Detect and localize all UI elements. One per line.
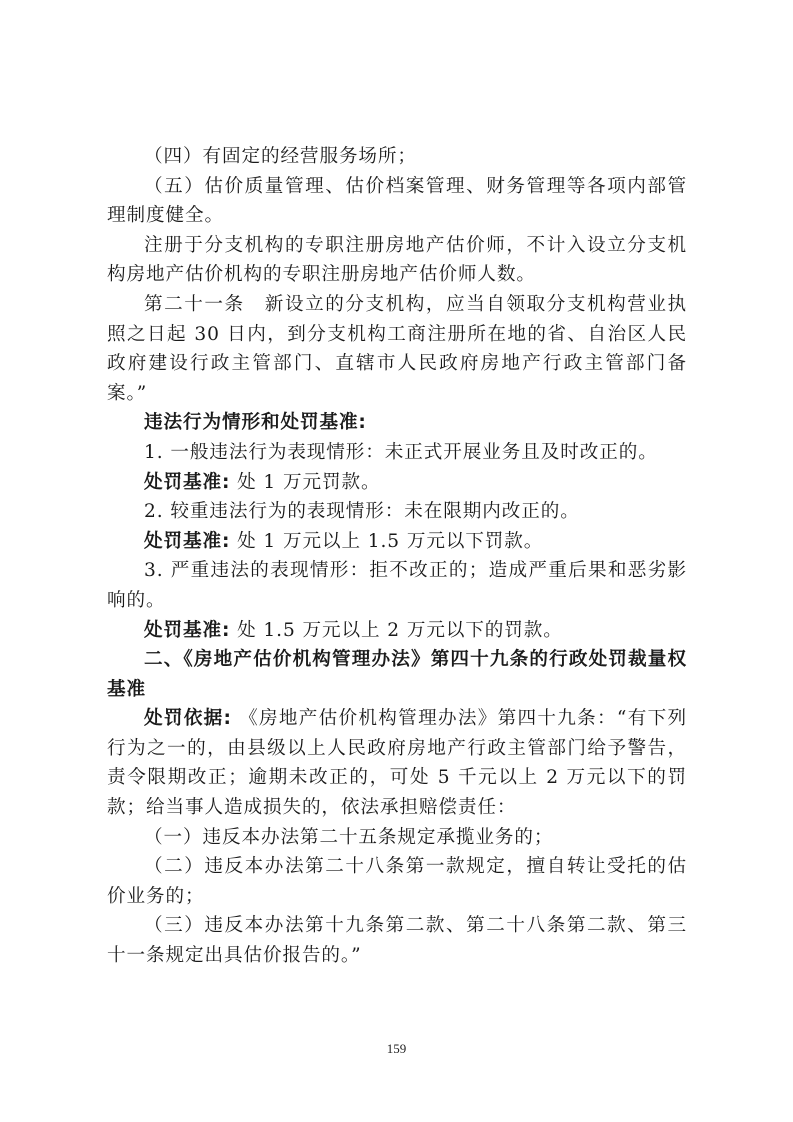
paragraph-serious-violation: 2. 较重违法行为的表现情形：未在限期内改正的。 <box>107 497 687 527</box>
basis-label: 处罚依据: <box>144 708 232 729</box>
paragraph-penalty-basis: 处罚依据: 《房地产估价机构管理办法》第四十九条：“有下列行为之一的，由县级以上… <box>107 704 687 822</box>
paragraph-penalty-2: 处罚基准: 处 1 万元以上 1.5 万元以下罚款。 <box>107 527 687 557</box>
penalty-text: 处 1 万元罚款。 <box>230 472 380 493</box>
paragraph-severe-violation: 3. 严重违法的表现情形：拒不改正的；造成严重后果和恶劣影响的。 <box>107 556 687 615</box>
paragraph-item-5: （五）估价质量管理、估价档案管理、财务管理等各项内部管理制度健全。 <box>107 172 687 231</box>
penalty-label: 处罚基准: <box>144 620 230 641</box>
paragraph-clause-3: （三）违反本办法第十九条第二款、第二十八条第二款、第三十一条规定出具估价报告的。… <box>107 911 687 970</box>
paragraph-penalty-1: 处罚基准: 处 1 万元罚款。 <box>107 468 687 498</box>
paragraph-article-21: 第二十一条 新设立的分支机构，应当自领取分支机构营业执照之日起 30 日内，到分… <box>107 290 687 408</box>
paragraph-penalty-3: 处罚基准: 处 1.5 万元以上 2 万元以下的罚款。 <box>107 616 687 646</box>
page-number: 159 <box>0 1041 793 1057</box>
paragraph-clause-2: （二）违反本办法第二十八条第一款规定，擅自转让受托的估价业务的； <box>107 852 687 911</box>
penalty-text: 处 1.5 万元以上 2 万元以下的罚款。 <box>230 620 562 641</box>
paragraph-branch-registration: 注册于分支机构的专职注册房地产估价师，不计入设立分支机构房地产估价机构的专职注册… <box>107 231 687 290</box>
penalty-label: 处罚基准: <box>144 472 230 493</box>
document-body: （四）有固定的经营服务场所； （五）估价质量管理、估价档案管理、财务管理等各项内… <box>107 142 687 971</box>
section-heading-violations: 违法行为情形和处罚基准: <box>107 408 687 438</box>
penalty-label: 处罚基准: <box>144 531 230 552</box>
paragraph-item-4: （四）有固定的经营服务场所； <box>107 142 687 172</box>
section-heading-article-49: 二、《房地产估价机构管理办法》第四十九条的行政处罚裁量权基准 <box>107 645 687 704</box>
paragraph-general-violation: 1. 一般违法行为表现情形：未正式开展业务且及时改正的。 <box>107 438 687 468</box>
penalty-text: 处 1 万元以上 1.5 万元以下罚款。 <box>230 531 543 552</box>
paragraph-clause-1: （一）违反本办法第二十五条规定承揽业务的； <box>107 823 687 853</box>
